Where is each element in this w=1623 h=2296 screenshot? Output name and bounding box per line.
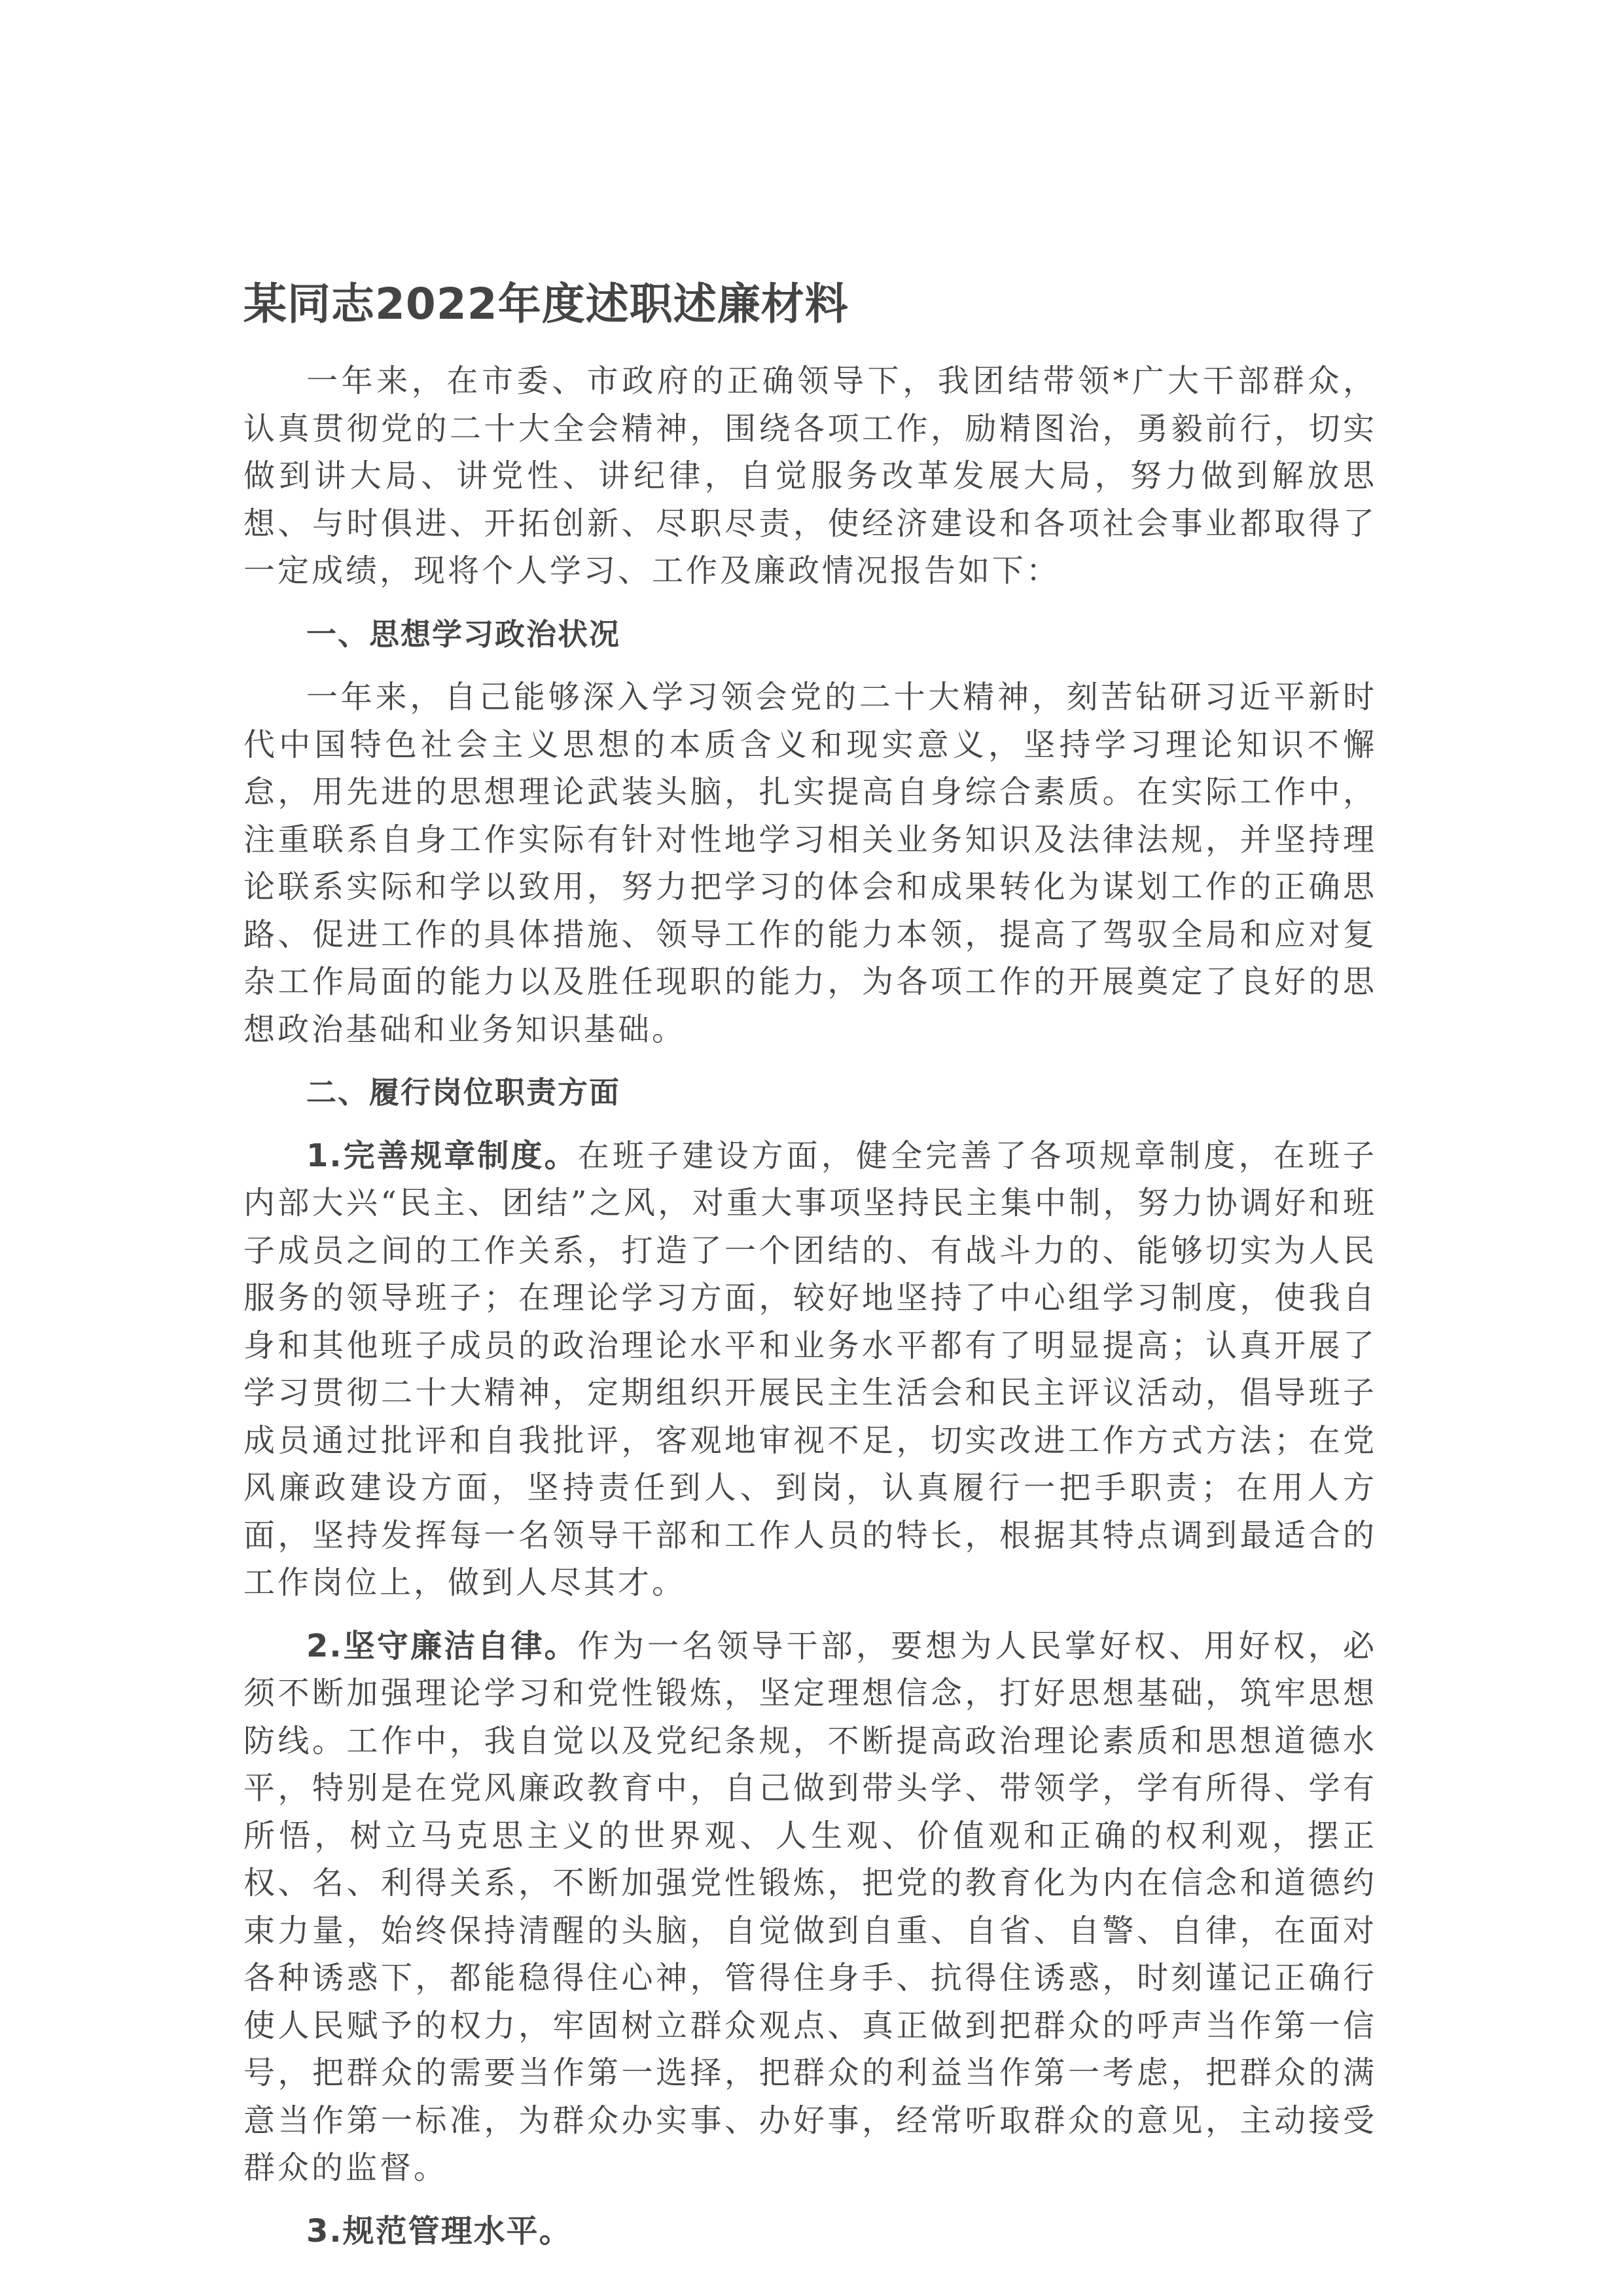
- section-heading-2: 二、履行岗位职责方面: [243, 1069, 1377, 1117]
- item-paragraph-3: 3.规范管理水平。: [243, 2208, 1377, 2255]
- item-text-1: 在班子建设方面，健全完善了各项规章制度，在班子内部大兴“民主、团结”之风，对重大…: [243, 1138, 1377, 1602]
- intro-paragraph: 一年来，在市委、市政府的正确领导下，我团结带领*广大干部群众，认真贯彻党的二十大…: [243, 357, 1377, 595]
- document-page: 某同志2022年度述职述廉材料 一年来，在市委、市政府的正确领导下，我团结带领*…: [243, 268, 1377, 2270]
- item-lead-1: 1.完善规章制度。: [306, 1138, 578, 1174]
- item-lead-3: 3.规范管理水平。: [306, 2213, 572, 2250]
- section-1-paragraph: 一年来，自己能够深入学习领会党的二十大精神，刻苦钻研习近平新时代中国特色社会主义…: [243, 673, 1377, 1053]
- item-paragraph-2: 2.坚守廉洁自律。作为一名领导干部，要想为人民掌好权、用好权，必须不断加强理论学…: [243, 1623, 1377, 2192]
- item-lead-2: 2.坚守廉洁自律。: [306, 1628, 578, 1664]
- section-heading-1: 一、思想学习政治状况: [243, 611, 1377, 658]
- item-paragraph-1: 1.完善规章制度。在班子建设方面，健全完善了各项规章制度，在班子内部大兴“民主、…: [243, 1132, 1377, 1607]
- item-text-2: 作为一名领导干部，要想为人民掌好权、用好权，必须不断加强理论学习和党性锻炼，坚定…: [243, 1628, 1377, 2187]
- document-title: 某同志2022年度述职述廉材料: [243, 268, 1377, 340]
